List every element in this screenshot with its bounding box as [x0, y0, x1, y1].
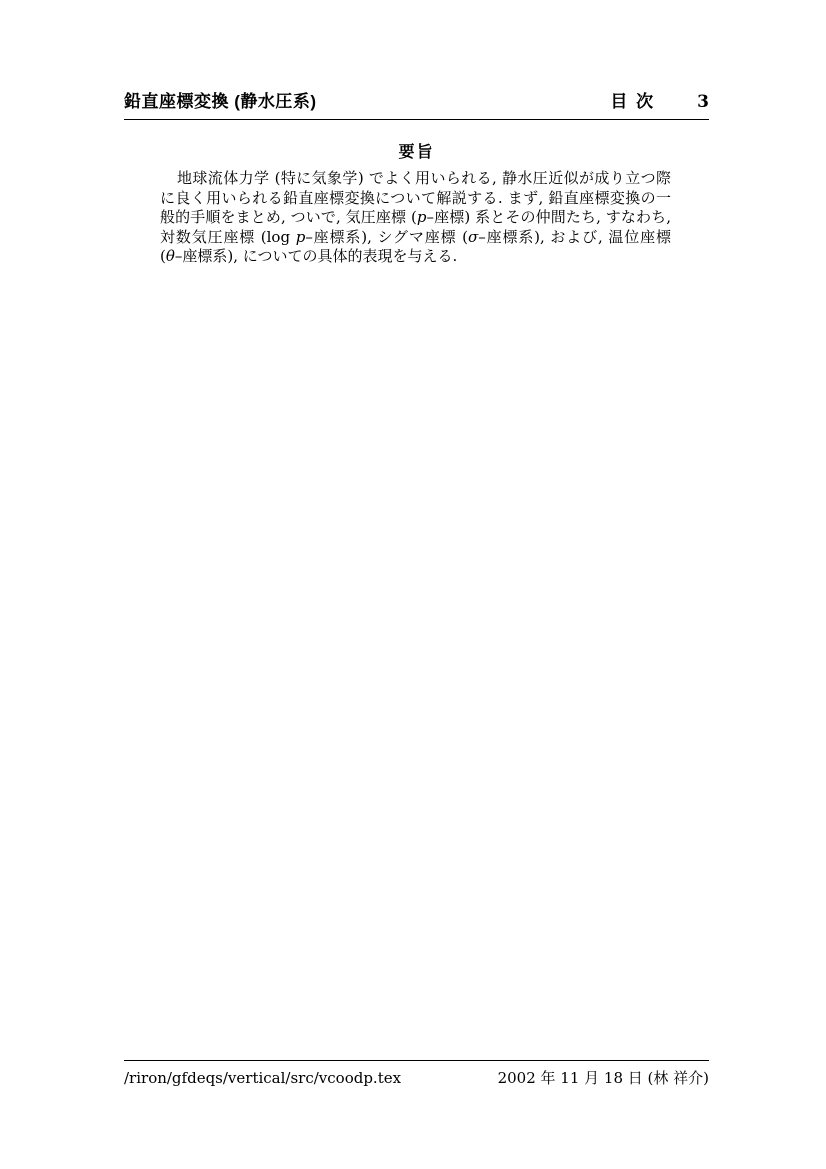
footer-date: 2002 年 11 月 18 日 (林 祥介)	[498, 1067, 709, 1088]
header-right-group: 目 次 3	[610, 87, 709, 112]
abstract-heading: 要旨	[124, 139, 709, 162]
header-page-number: 3	[697, 92, 709, 112]
footer-file-path: /riron/gfdeqs/vertical/src/vcoodp.tex	[124, 1069, 401, 1087]
header-section-label: 目 次	[610, 87, 655, 112]
page-footer: /riron/gfdeqs/vertical/src/vcoodp.tex 20…	[124, 1060, 709, 1088]
document-page: 鉛直座標変換 (静水圧系) 目 次 3 要旨 地球流体力学 (特に気象学) でよ…	[0, 0, 826, 1169]
page-header: 鉛直座標変換 (静水圧系) 目 次 3	[124, 87, 709, 120]
header-title: 鉛直座標変換 (静水圧系)	[124, 87, 317, 112]
abstract-paragraph: 地球流体力学 (特に気象学) でよく用いられる, 静水圧近似が成り立つ際に良く用…	[160, 169, 671, 267]
